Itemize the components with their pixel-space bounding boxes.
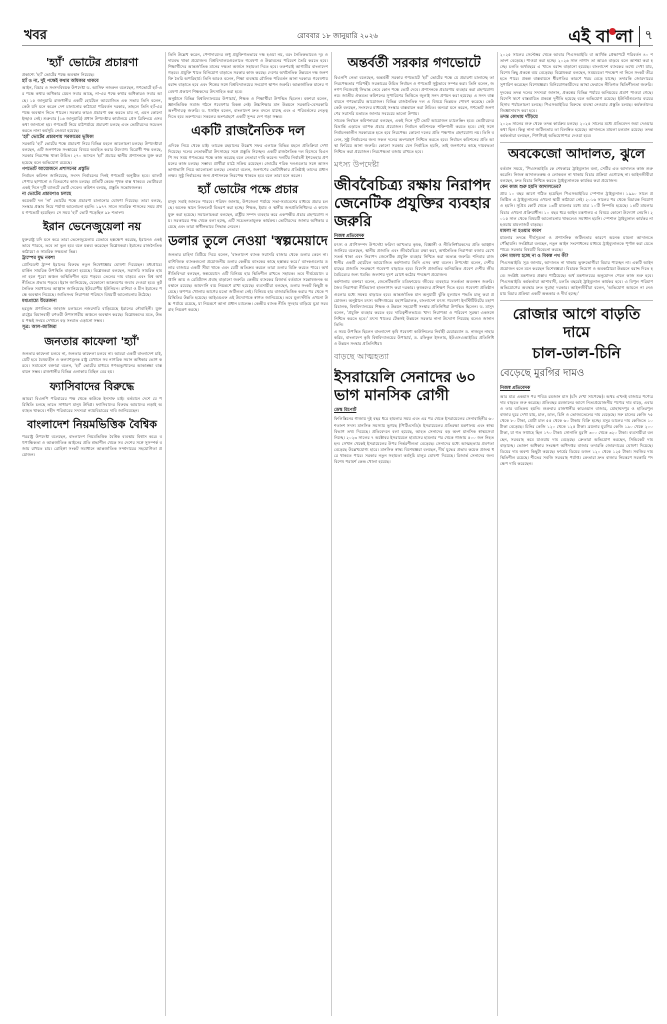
headline: বাংলাদেশ নিয়মভিত্তিক বৈশ্বিক (22, 418, 162, 431)
article-ineffective-court: অবকেজো আদালত, ঝুলে বর্তমান সময়ে, 'পিএসআ… (500, 147, 653, 297)
divider (500, 142, 653, 143)
column-divider (497, 52, 498, 1016)
brand-prefix: এই বা (568, 27, 610, 47)
article-political-party: একটি রাজনৈতিক দল এদিকে নিয়ে থেকে চাই। ত… (168, 124, 328, 179)
article-body: বিএনপি নেতা বলেছেন, অন্তর্বর্তী সরকার গণ… (334, 75, 494, 155)
article-body: যুক্তরাষ্ট্র যদি মনে করে তারা ভেনেজুয়েল… (22, 237, 162, 331)
article-against-fascism: ফ্যাসিবাদের বিরুদ্ধে আমরা বিএনপি পরিবারে… (22, 380, 162, 414)
column-divider (165, 52, 166, 1016)
article-continuation-psid: ২০২৫ সালের সেপ্টেম্বর থেকে আবার পিএসআইডি… (500, 52, 653, 139)
article-interim-govt-referendum: অন্তর্বর্তী সরকার গণভোটে বিএনপি নেতা বলে… (334, 56, 494, 155)
headline: অবকেজো আদালত, ঝুলে (500, 147, 653, 163)
newspaper-page: খবর রোববার ১৮ জানুয়ারি ২০২৬ এই বালা ৭ '… (0, 0, 667, 1024)
date-line: রোববার ১৮ জানুয়ারি ২০২৬ (22, 30, 653, 42)
column-3: অন্তর্বর্তী সরকার গণভোটে বিএনপি নেতা বলে… (334, 52, 494, 1016)
article-body: আমরা বিএনপি পরিবারের পক্ষ থেকে কাউকে ইনস… (22, 396, 162, 414)
byline: ডেস্ক রিপোর্ট (334, 407, 494, 414)
source-credit: সূত্র: আল-জাজিরা (22, 325, 162, 331)
article-biodiversity-genetic-tech: মৎস্য উপদেষ্টা জীববৈচিত্র্য রক্ষায় নিরা… (334, 159, 494, 348)
article-yes-vote-campaign: 'হ্যাঁ' ভোটের প্রচারণা প্রকাশ্যে 'হ্যাঁ'… (22, 56, 162, 216)
article-yes-vote-promotion: হ্যাঁ ভোটের পক্ষে প্রচার মানুষ সবাই জানত… (168, 183, 328, 230)
article-body: মানুষ সবাই জানতে পারবে। পরিষদ জানায়, উপ… (168, 199, 328, 229)
headline: ইসরায়েলি সেনাদের ৬০ ভাগ মানসিক রোগী (334, 368, 494, 404)
headline: ফ্যাসিবাদের বিরুদ্ধে (22, 380, 162, 393)
article-body: ফিলিস্তিনের গাজায় দুই বছর ধরে হামলার সম… (334, 416, 494, 465)
byline: নিজস্ব প্রতিবেদক (334, 233, 494, 240)
headline: হ্যাঁ ভোটের পক্ষে প্রচার (168, 183, 328, 196)
divider (500, 300, 653, 301)
article-ramadan-prices: রোজার আগে বাড়তি দামে চাল-ডাল-চিনি বেড়ে… (500, 305, 653, 467)
article-body: তিনি উল্লেখ করেন, পেশাদারদের শুধু প্রযুক… (168, 52, 328, 120)
headline-line-2: চাল-ডাল-চিনি (500, 344, 653, 362)
brand-suffix: লা (615, 27, 633, 47)
article-body: জনতার কাফেলা চলবে না, জনতার কাফেলা চলবে … (22, 351, 162, 375)
subhead: বেড়েছে মুরগির দামও (500, 366, 653, 383)
headline: রোজার আগে বাড়তি দামে (500, 305, 653, 341)
article-body: জনতার চাহিদা মিটিয়ে দিয়ে বলেন, 'বাংলাদ… (168, 252, 328, 313)
article-body: প্রকাশ্যে 'হ্যাঁ' ভোটের পক্ষে অবস্থান নি… (22, 72, 162, 216)
headline: ইরান ভেনেজুয়েলা নয় (22, 220, 162, 233)
article-public-caravan: জনতার কাফেলা 'হ্যাঁ' জনতার কাফেলা চলবে ন… (22, 335, 162, 376)
article-body: এদিকে নিয়ে থেকে চাই। তারেক রহমানের উল্ল… (168, 143, 328, 180)
article-body: ২০২৫ সালের সেপ্টেম্বর থেকে আবার পিএসআইডি… (500, 52, 653, 139)
article-dollar-withdrawal: ডলার তুলে নেওয়া 'স্বল্পমেয়াদে জনতার চা… (168, 234, 328, 314)
kicker: বাড়ছে আত্মহত্যা (334, 351, 494, 364)
headline: একটি রাজনৈতিক দল (168, 124, 328, 140)
article-body: বর্তমান সময়ে, 'পিএসআইডি কে শেষকারে ট্রা… (500, 166, 653, 297)
headline: জীববৈচিত্র্য রক্ষায় নিরাপদ জেনেটিক প্রয… (334, 176, 494, 230)
column-2: তিনি উল্লেখ করেন, পেশাদারদের শুধু প্রযুক… (168, 52, 328, 1016)
kicker: মৎস্য উপদেষ্টা (334, 159, 494, 172)
masthead: খবর রোববার ১৮ জানুয়ারি ২০২৬ এই বালা ৭ (22, 26, 653, 46)
article-iran-not-venezuela: ইরান ভেনেজুয়েলা নয় যুক্তরাষ্ট্র যদি মন… (22, 220, 162, 331)
column-1: 'হ্যাঁ' ভোটের প্রচারণা প্রকাশ্যে 'হ্যাঁ'… (22, 52, 162, 1016)
brand-logo: এই বালা (568, 24, 633, 52)
byline: নিজস্ব প্রতিবেদক (500, 385, 653, 392)
article-body: আর মাত্র একমাস পর পবিত্র রমজান মাস (চাঁদ… (500, 394, 653, 467)
page-number: ৭ (639, 26, 653, 47)
headline: জনতার কাফেলা 'হ্যাঁ' (22, 335, 162, 348)
headline: 'হ্যাঁ' ভোটের প্রচারণা (22, 56, 162, 69)
headline: অন্তর্বর্তী সরকার গণভোটে (334, 56, 494, 72)
column-divider (331, 52, 332, 1016)
article-continuation: তিনি উল্লেখ করেন, পেশাদারদের শুধু প্রযুক… (168, 52, 328, 120)
headline: ডলার তুলে নেওয়া 'স্বল্পমেয়াদে (168, 234, 328, 250)
article-body: পররাষ্ট্র উপদেষ্টা বলেছেন, বাংলাদেশ নিয়… (22, 434, 162, 458)
article-body: মৎস্য ও প্রাণিসম্পদ উপদেষ্টা ফরিদা আখতার… (334, 242, 494, 348)
article-israeli-soldiers-mental: বাড়ছে আত্মহত্যা ইসরায়েলি সেনাদের ৬০ ভা… (334, 351, 494, 465)
column-4: ২০২৫ সালের সেপ্টেম্বর থেকে আবার পিএসআইডি… (500, 52, 653, 1016)
article-rules-based-global: বাংলাদেশ নিয়মভিত্তিক বৈশ্বিক পররাষ্ট্র … (22, 418, 162, 459)
